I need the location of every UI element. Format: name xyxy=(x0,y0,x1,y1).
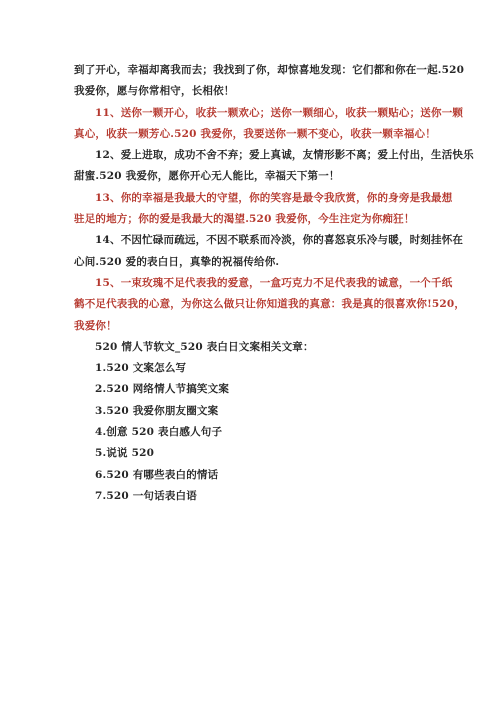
related-article-4: 4.创意 520 表白感人句子 xyxy=(74,422,426,443)
related-articles-heading: 520 情人节软文_520 表白日文案相关文章： xyxy=(74,337,426,358)
text-line: 我爱你！ xyxy=(74,316,426,337)
document-page: 到了开心，幸福却离我而去；我找到了你，却惊喜地发现：它们都和你在一起.520我爱… xyxy=(0,0,500,707)
text-line: 6.520 有哪些表白的情话 xyxy=(74,465,426,486)
text-line: 7.520 一句话表白语 xyxy=(74,486,426,507)
text-line: 鹤不足代表我的心意，为你这么做只让你知道我的真意：我是真的很喜欢你!520， xyxy=(74,294,426,315)
message-14: 14、不因忙碌而疏远，不因不联系而冷淡，你的喜怒哀乐冷与暖，时刻挂怀在心间.52… xyxy=(74,230,426,273)
related-article-2: 2.520 网络情人节搞笑文案 xyxy=(74,379,426,400)
text-line: 心间.520 爱的表白日，真挚的祝福传给你. xyxy=(74,252,426,273)
text-line: 11、送你一颗开心，收获一颗欢心；送你一颗细心，收获一颗贴心；送你一颗 xyxy=(74,103,426,124)
related-article-5: 5.说说 520 xyxy=(74,443,426,464)
message-12: 12、爱上进取，成功不舍不弃；爱上真诚，友情形影不离；爱上付出，生活快乐甜蜜.5… xyxy=(74,145,426,188)
message-15: 15、一束玫瑰不足代表我的爱意，一盒巧克力不足代表我的诚意，一个千纸鹤不足代表我… xyxy=(74,273,426,337)
text-line: 真心，收获一颗芳心.520 我爱你，我要送你一颗不变心，收获一颗幸福心！ xyxy=(74,124,426,145)
text-line: 14、不因忙碌而疏远，不因不联系而冷淡，你的喜怒哀乐冷与暖，时刻挂怀在 xyxy=(74,230,426,251)
text-line: 驻足的地方；你的爱是我最大的渴望.520 我爱你，今生注定为你痴狂！ xyxy=(74,209,426,230)
text-line: 甜蜜.520 我爱你，愿你开心无人能比，幸福天下第一！ xyxy=(74,166,426,187)
text-line: 13、你的幸福是我最大的守望，你的笑容是最令我欣赏，你的身旁是我最想 xyxy=(74,188,426,209)
related-article-3: 3.520 我爱你朋友圈文案 xyxy=(74,401,426,422)
text-line: 3.520 我爱你朋友圈文案 xyxy=(74,401,426,422)
text-line: 5.说说 520 xyxy=(74,443,426,464)
message-13: 13、你的幸福是我最大的守望，你的笑容是最令我欣赏，你的身旁是我最想驻足的地方；… xyxy=(74,188,426,231)
text-line: 1.520 文案怎么写 xyxy=(74,358,426,379)
document-content: 到了开心，幸福却离我而去；我找到了你，却惊喜地发现：它们都和你在一起.520我爱… xyxy=(74,60,426,507)
related-article-6: 6.520 有哪些表白的情话 xyxy=(74,465,426,486)
text-line: 520 情人节软文_520 表白日文案相关文章： xyxy=(74,337,426,358)
text-line: 4.创意 520 表白感人句子 xyxy=(74,422,426,443)
paragraph-continuation: 到了开心，幸福却离我而去；我找到了你，却惊喜地发现：它们都和你在一起.520我爱… xyxy=(74,60,426,103)
related-article-1: 1.520 文案怎么写 xyxy=(74,358,426,379)
text-line: 我爱你，愿与你常相守，长相依！ xyxy=(74,81,426,102)
text-line: 12、爱上进取，成功不舍不弃；爱上真诚，友情形影不离；爱上付出，生活快乐 xyxy=(74,145,426,166)
related-article-7: 7.520 一句话表白语 xyxy=(74,486,426,507)
text-line: 到了开心，幸福却离我而去；我找到了你，却惊喜地发现：它们都和你在一起.520 xyxy=(74,60,426,81)
message-11: 11、送你一颗开心，收获一颗欢心；送你一颗细心，收获一颗贴心；送你一颗真心，收获… xyxy=(74,103,426,146)
text-line: 15、一束玫瑰不足代表我的爱意，一盒巧克力不足代表我的诚意，一个千纸 xyxy=(74,273,426,294)
text-line: 2.520 网络情人节搞笑文案 xyxy=(74,379,426,400)
